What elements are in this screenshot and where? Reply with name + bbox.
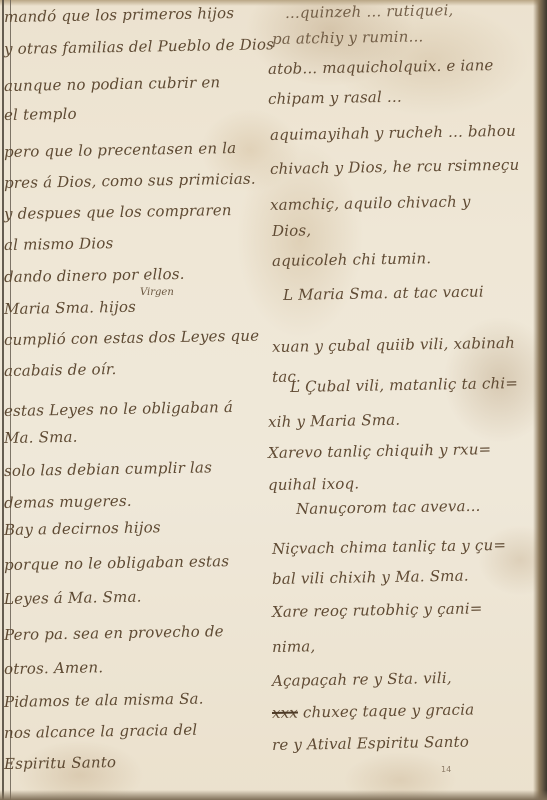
- text-line: y despues que los compraren: [4, 201, 232, 223]
- text-line: Bay a decirnos hijos: [4, 518, 161, 539]
- text-line: aunque no podian cubrir en: [4, 73, 221, 95]
- text-line: Açapaçah re y Sta. vili,: [272, 669, 452, 690]
- text-line: cumplió con estas dos Leyes que: [4, 327, 260, 349]
- text-line: demas mugeres.: [4, 492, 132, 512]
- bottom-page-edge: [0, 790, 547, 800]
- text-line: xxx chuxeç taque y gracia: [272, 700, 475, 722]
- text-line: al mismo Dios: [4, 234, 114, 254]
- paragraph-line: L Maria Sma. at tac vacui: [283, 282, 484, 304]
- text-line: xamchiç, aquilo chivach y: [270, 193, 471, 214]
- manuscript-page: mandó que los primeros hijos y otras fam…: [0, 0, 547, 800]
- text-line: xuan y çubal quiib vili, xabinah: [272, 334, 515, 356]
- text-line: acabais de oír.: [4, 360, 117, 380]
- text-line: Ma. Sma.: [4, 428, 78, 447]
- text-line: pa atchiy y rumin...: [272, 27, 424, 48]
- text-line: solo las debian cumplir las: [4, 458, 212, 480]
- text-line: Nanuçorom tac aveva...: [296, 497, 481, 518]
- text-line: Xarevo tanliç chiquih y rxu=: [268, 440, 492, 462]
- text-line: atob... maquicholquix. e iane: [268, 56, 494, 78]
- text-line: Xare reoç rutobhiç y çani=: [272, 599, 483, 621]
- text-line: Espiritu Santo: [4, 753, 117, 773]
- text-line: quihal ixoq.: [268, 474, 360, 494]
- text-line: L Maria Sma. at tac vacui: [283, 282, 484, 304]
- text-line: bal vili chixih y Ma. Sma.: [272, 567, 469, 588]
- text-line: aquicoleh chi tumin.: [272, 249, 432, 270]
- text-line: pres á Dios, como sus primicias.: [4, 170, 256, 192]
- text-line: y otras familias del Pueblo de Dios: [4, 35, 274, 58]
- text-line: Maria Sma. hijos: [4, 298, 136, 318]
- text-line: dando dinero por ellos.: [4, 265, 185, 286]
- struck-word: xxx: [272, 704, 298, 722]
- text-line: Pidamos te ala misma Sa.: [4, 690, 204, 711]
- text-line: porque no le obligaban estas: [4, 552, 229, 574]
- top-page-edge: [0, 0, 547, 6]
- text-line: Pero pa. sea en provecho de: [4, 622, 224, 644]
- text-line: Leyes á Ma. Sma.: [4, 588, 142, 608]
- text-line: Niçvach chima tanliç ta y çu=: [272, 536, 506, 558]
- interlinear-note: Virgen: [140, 287, 174, 298]
- text-line: xih y Maria Sma.: [268, 411, 401, 431]
- right-page-edge: [533, 0, 547, 800]
- text-line: Dios,: [272, 221, 312, 240]
- text-line: el templo: [4, 105, 77, 124]
- text-line: L Çubal vili, matanliç ta chi=: [290, 374, 518, 396]
- text-line: estas Leyes no le obligaban á: [4, 398, 233, 420]
- text-line: nima,: [272, 637, 316, 656]
- text-line: pero que lo precentasen en la: [4, 139, 237, 161]
- text-line: chipam y rasal ...: [268, 88, 402, 108]
- text-line: nos alcance la gracia del: [4, 721, 198, 742]
- text-line: mandó que los primeros hijos: [4, 4, 234, 26]
- text-line: chivach y Dios, he rcu rsimneçu: [270, 156, 520, 178]
- text-line: otros. Amen.: [4, 658, 104, 678]
- text-line: ...quinzeh ... rutiquei,: [285, 1, 454, 22]
- folio-mark: 14: [441, 765, 451, 774]
- text-line: aquimayihah y rucheh ... bahou: [270, 122, 516, 144]
- text-line: re y Atival Espiritu Santo: [272, 733, 469, 754]
- line-continuation: chuxeç taque y gracia: [303, 700, 475, 721]
